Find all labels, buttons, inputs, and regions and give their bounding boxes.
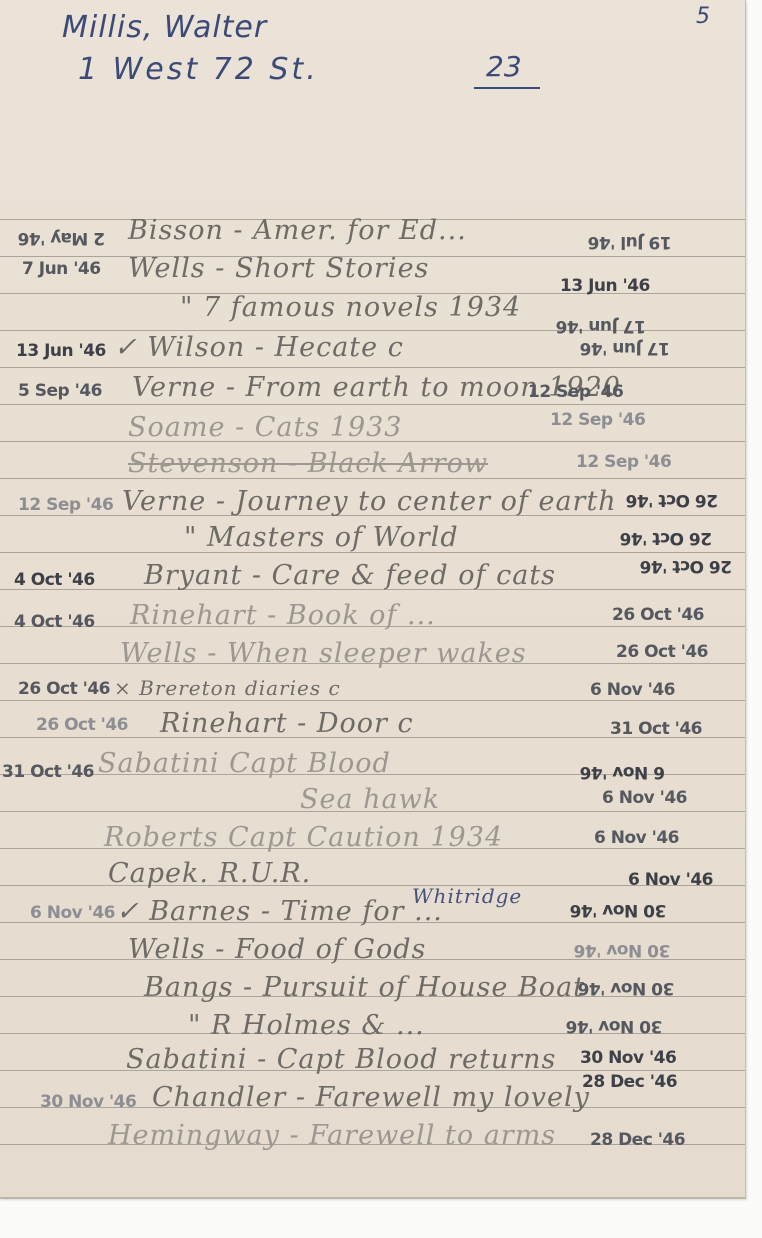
date-stamp: 26 Oct '46 [36,715,128,735]
date-stamp: 12 Sep '46 [18,495,113,515]
date-stamp: 30 Nov '46 [580,1048,676,1068]
loan-entry: Verne - Journey to center of earth [122,486,617,517]
date-stamp: 13 Jun '46 [16,341,106,361]
date-stamp: 2 May '46 [18,228,105,248]
loan-entry: Wells - Short Stories [128,253,429,284]
loan-entry: Sea hawk [300,784,440,815]
date-stamp: 6 Nov '46 [580,762,665,782]
loan-entry: Sabatini Capt Blood [98,748,391,779]
date-stamp: 26 Oct '46 [612,605,704,625]
loan-entry: Capek. R.U.R. [108,858,311,889]
date-stamp: 6 Nov '46 [628,870,713,890]
loan-entry: Bryant - Care & feed of cats [144,560,556,591]
loan-entry: Roberts Capt Caution 1934 [104,822,503,853]
date-stamp: 6 Nov '46 [590,680,675,700]
date-stamp: 12 Sep '46 [550,410,645,430]
date-stamp: 12 Sep '46 [576,452,671,472]
date-stamp: 26 Oct '46 [626,490,718,510]
loan-entry: Rinehart - Door c [160,708,414,739]
date-stamp: 17 Jun '46 [556,316,646,336]
patron-name: Millis, Walter [62,10,267,45]
loan-entry: Stevenson - Black Arrow [128,448,488,479]
date-stamp: 30 Nov '46 [566,1016,662,1036]
date-stamp: 6 Nov '46 [594,828,679,848]
loan-entry: Wells - When sleeper wakes [120,638,527,669]
loan-entry: Bangs - Pursuit of House Boat [144,972,585,1003]
card-number-underline [474,87,540,89]
loan-entry: ✓ Barnes - Time for ... [116,896,443,927]
date-stamp: 17 Jun '46 [580,338,670,358]
page-number: 5 [696,4,710,29]
date-stamp: 31 Oct '46 [2,762,94,782]
loan-entry: " 7 famous novels 1934 [180,292,521,323]
loan-entry: Rinehart - Book of ... [130,600,436,631]
loan-entry: ✓ Wilson - Hecate c [114,332,404,363]
date-stamp: 30 Nov '46 [40,1092,136,1112]
note-whitridge: Whitridge [412,884,522,908]
date-stamp: 30 Nov '46 [570,900,666,920]
loan-entry: Soame - Cats 1933 [128,412,402,443]
date-stamp: 5 Sep '46 [18,381,102,401]
card-number: 23 [486,50,522,83]
date-stamp: 4 Oct '46 [14,570,95,590]
loan-entry: " R Holmes & ... [188,1010,425,1041]
date-stamp: 31 Oct '46 [610,719,702,739]
loan-entry: Sabatini - Capt Blood returns [126,1044,556,1075]
date-stamp: 26 Oct '46 [616,642,708,662]
loan-entry: × Brereton diaries c [114,676,341,700]
loan-entry: Bisson - Amer. for Ed... [128,215,467,246]
date-stamp: 19 Jul '46 [588,232,672,252]
loan-entry: Hemingway - Farewell to arms [108,1120,556,1151]
date-stamp: 7 Jun '46 [22,259,101,279]
date-stamp: 4 Oct '46 [14,612,95,632]
loan-entry: Chandler - Farewell my lovely [152,1082,590,1113]
loan-entry: " Masters of World [184,522,459,553]
library-card: 5 Millis, Walter 1 West 72 St. 23 2 May … [0,0,746,1199]
date-stamp: 30 Nov '46 [578,978,674,998]
date-stamp: 6 Nov '46 [602,788,687,808]
date-stamp: 26 Oct '46 [620,528,712,548]
date-stamp: 26 Oct '46 [18,679,110,699]
date-stamp: 26 Oct '46 [640,556,732,576]
date-stamp: 6 Nov '46 [30,903,115,923]
date-stamp: 28 Dec '46 [590,1130,685,1150]
loan-entry: Wells - Food of Gods [128,934,426,965]
date-stamp: 12 Sep '46 [528,382,623,402]
patron-address: 1 West 72 St. [78,52,319,87]
date-stamp: 13 Jun '46 [560,276,650,296]
date-stamp: 28 Dec '46 [582,1072,677,1092]
date-stamp: 30 Nov '46 [574,940,670,960]
